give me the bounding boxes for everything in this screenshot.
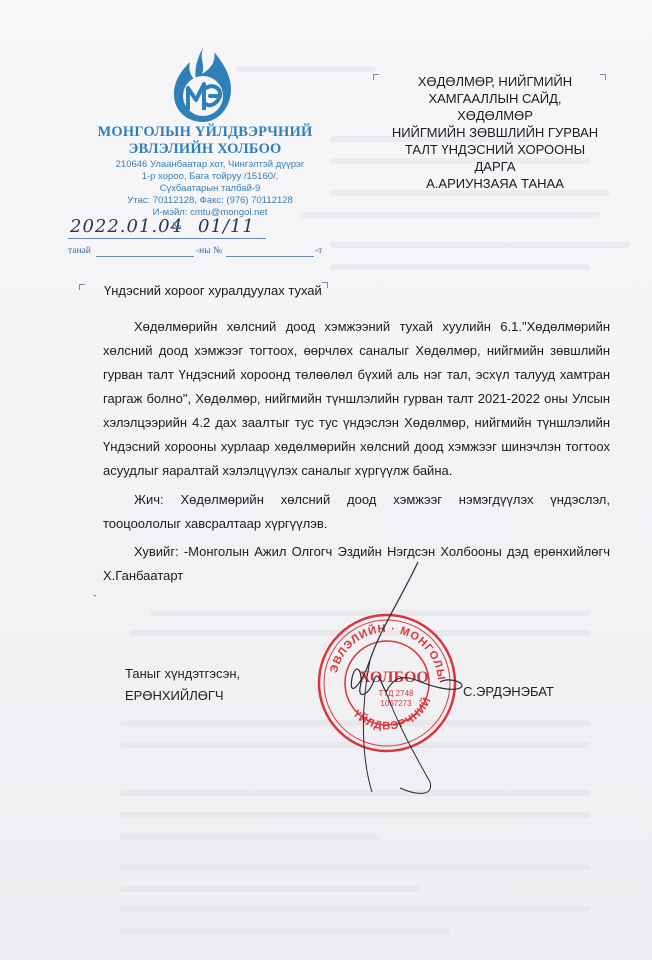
yours-label: танай <box>68 246 91 256</box>
stray-mark: ˋ <box>93 594 97 606</box>
body-paragraph-copy-to: Хувийг: -Монголын Ажил Олгогч Эздийн Нэг… <box>103 540 610 588</box>
addressee-line4: ТАЛТ ҮНДЭСНИЙ ХОРООНЫ ДАРГА <box>390 141 600 175</box>
paragraph-text: Жич: Хөдөлмөрийн хөлсний доод хэмжээг нэ… <box>103 488 610 536</box>
letter-date: 2022.01.04 <box>70 216 183 237</box>
address-line2: 1-р хороо, Бага тойруу /15160/, <box>100 171 320 183</box>
addressee-line5: А.АРИУНЗАЯА ТАНАА <box>390 175 600 192</box>
addressee-block: ХӨДӨЛМӨР, НИЙГМИЙН ХАМГААЛЛЫН САЙД, ХӨДӨ… <box>390 73 600 192</box>
union-flame-logo-icon <box>168 44 238 124</box>
body-paragraph-1: Хөдөлмөрийн хөлсний доод хэмжээний тухай… <box>103 315 610 483</box>
paragraph-text: Хувийг: -Монголын Ажил Олгогч Эздийн Нэг… <box>103 540 610 588</box>
reply-reference-row: танай -ны № -т <box>68 246 322 260</box>
org-name-line1: МОНГОЛЫН ҮЙЛДВЭРЧНИЙ <box>80 124 330 141</box>
org-name-line2: ЭВЛЭЛИЙН ХОЛБОО <box>80 141 330 158</box>
address-line1: 210646 Улаанбаатар хот, Чингэлтэй дүүрэг <box>100 159 320 171</box>
address-line3: Сүхбаатарын талбай-9 <box>100 183 320 195</box>
addressee-line3: НИЙГМИЙН ЗӨВШЛИЙН ГУРВАН <box>390 124 600 141</box>
addressee-corner-mark <box>373 74 379 80</box>
signer-name: С.ЭРДЭНЭБАТ <box>463 684 554 699</box>
closing-block: Таныг хүндэтгэсэн, ЕРӨНХИЙЛӨГЧ <box>125 663 240 707</box>
of-number-label: -ны № <box>196 246 222 256</box>
body-paragraph-note: Жич: Хөдөлмөрийн хөлсний доод хэмжээг нэ… <box>103 488 610 536</box>
organization-address: 210646 Улаанбаатар хот, Чингэлтэй дүүрэг… <box>100 159 320 219</box>
subject-corner-mark <box>79 284 85 290</box>
official-stamp-icon: ЭВЛЭЛИЙН · МОНГОЛЫН ҮЙЛДВЭРЧНИЙ ХОЛБОО Т… <box>316 612 458 754</box>
subject-corner-mark <box>322 282 328 288</box>
organization-name: МОНГОЛЫН ҮЙЛДВЭРЧНИЙ ЭВЛЭЛИЙН ХОЛБОО <box>80 124 330 158</box>
phone-fax-line: Утас: 70112128, Факс: (976) 70112128 <box>100 195 320 207</box>
letter-number: 01/11 <box>198 216 255 237</box>
number-label: № <box>172 221 182 232</box>
addressee-line2: ХАМГААЛЛЫН САЙД, ХӨДӨЛМӨР <box>390 90 600 124</box>
paragraph-text: Хөдөлмөрийн хөлсний доод хэмжээний тухай… <box>103 315 610 483</box>
addressee-line1: ХӨДӨЛМӨР, НИЙГМИЙН <box>390 73 600 90</box>
addressee-corner-mark <box>600 74 606 80</box>
stamp-center-text: ХОЛБОО <box>359 669 429 686</box>
yours-date-line <box>96 256 194 257</box>
suffix-label: -т <box>315 246 322 256</box>
letter-subject: Үндэсний хороог хуралдуулах тухай <box>104 283 322 298</box>
stamp-reg-line2: 1067273 <box>380 699 412 708</box>
yours-number-line <box>226 256 314 257</box>
number-field: 01/11 <box>186 216 266 239</box>
letter-page: МОНГОЛЫН ҮЙЛДВЭРЧНИЙ ЭВЛЭЛИЙН ХОЛБОО 210… <box>0 0 652 960</box>
closing-salutation: Таныг хүндэтгэсэн, <box>125 663 240 685</box>
stamp-reg-line1: ТТД 2748 <box>379 689 414 698</box>
signer-title: ЕРӨНХИЙЛӨГЧ <box>125 685 240 707</box>
